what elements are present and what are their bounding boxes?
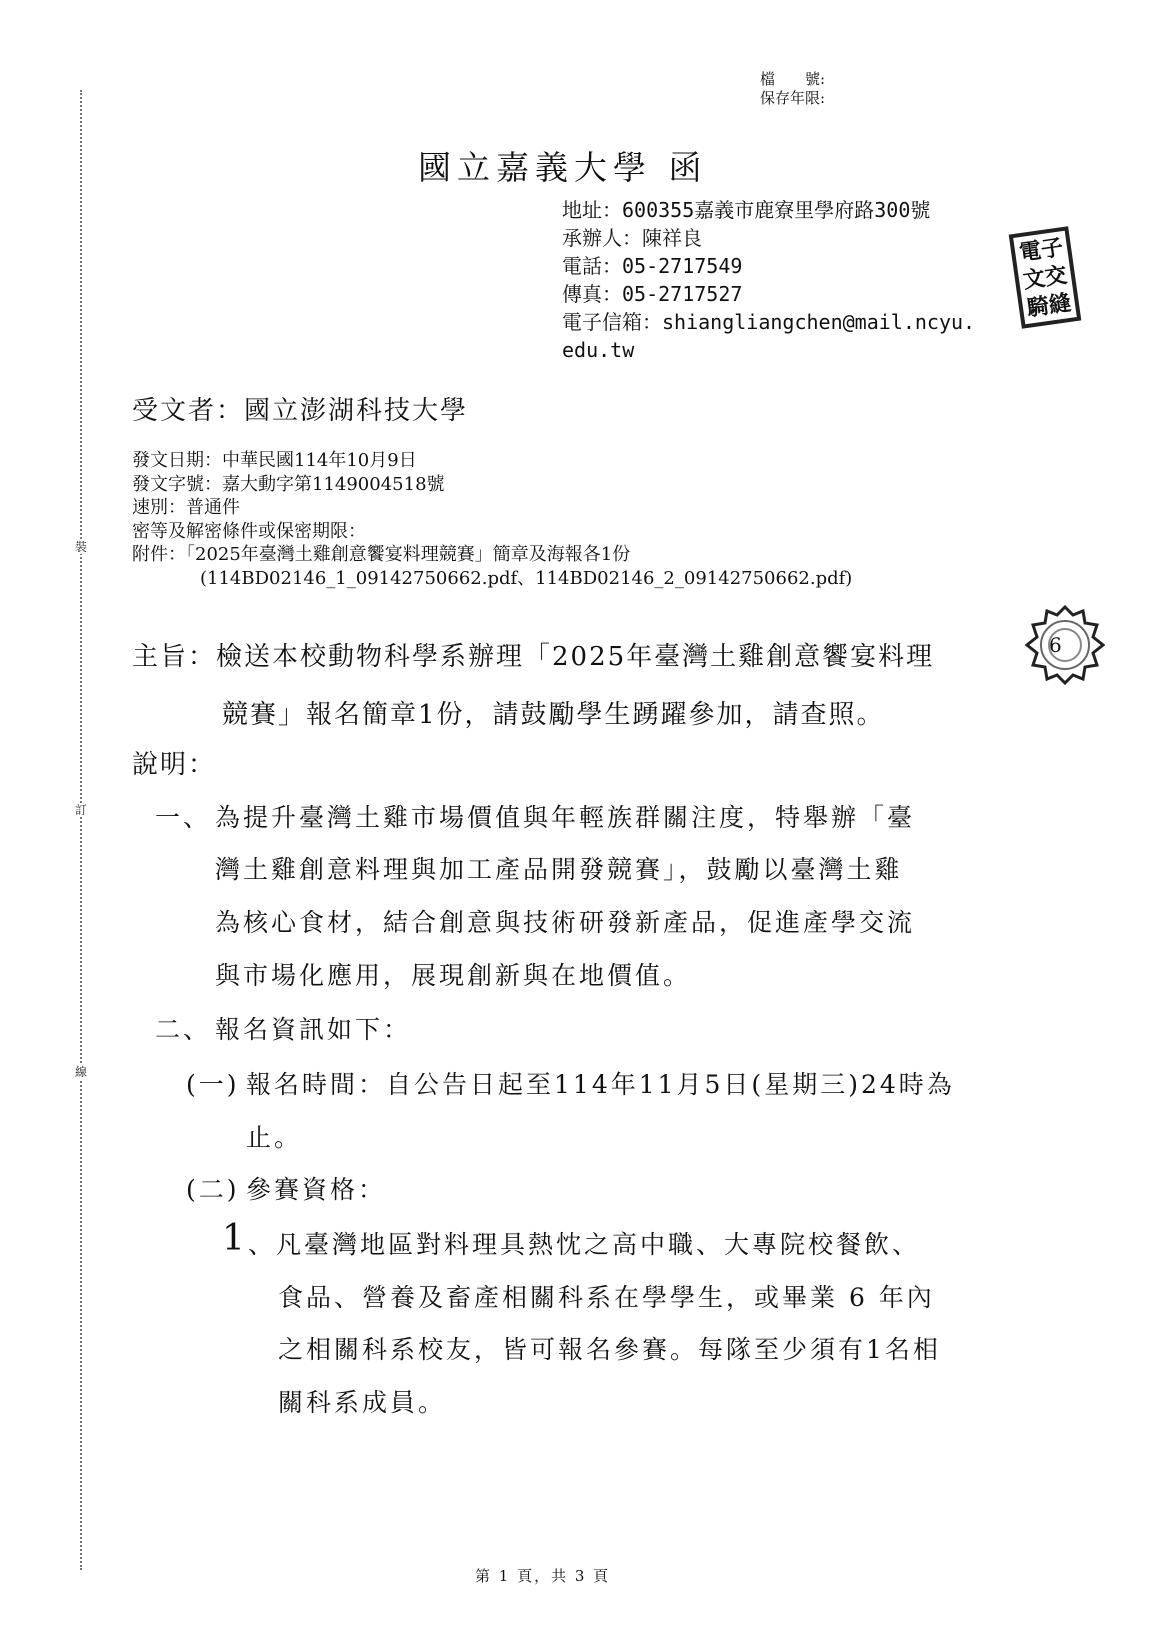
subitem-2-line-1: 參賽資格：: [246, 1170, 386, 1206]
contact-handler: 承辦人：陳祥良: [562, 224, 975, 252]
item-2-marker: 二、: [155, 1010, 211, 1046]
contact-fax: 傳真：05-2717527: [562, 280, 975, 308]
point-1-line-4: 關科系成員。: [278, 1383, 446, 1419]
contact-email: 電子信箱：shiangliangchen@mail.ncyu.: [562, 308, 975, 336]
retention-period-label: 保存年限:: [760, 89, 825, 108]
document-title: 國立嘉義大學 函: [418, 142, 708, 189]
page-number-footer: 第 1 頁，共 3 頁: [475, 1565, 610, 1586]
document-number: 發文字號：嘉大動字第1149004518號: [132, 473, 852, 497]
item-1-line-4: 與市場化應用，展現創新與在地價值。: [215, 956, 691, 992]
item-2-line-1: 報名資訊如下：: [215, 1010, 411, 1046]
subitem-1-line-2: 止。: [246, 1118, 302, 1154]
stamp-char: 子: [1039, 233, 1065, 264]
page-seal-icon: 6: [1025, 605, 1105, 685]
item-1-marker: 一、: [155, 798, 211, 834]
seal-number: 6: [1049, 633, 1062, 657]
speed-classification: 速別：普通件: [132, 496, 852, 520]
contact-phone: 電話：05-2717549: [562, 252, 975, 280]
stamp-char: 交: [1043, 261, 1069, 292]
point-1-line-1: 、凡臺灣地區對料理具熱忱之高中職、大專院校餐飲、: [248, 1225, 920, 1261]
item-1-line-2: 灣土雞創意料理與加工產品開發競賽」，鼓勵以臺灣土雞: [215, 850, 903, 886]
binding-label-xian: 線: [75, 1065, 87, 1079]
subitem-2-marker: (二): [186, 1170, 240, 1206]
item-1-line-1: 為提升臺灣土雞市場價值與年輕族群關注度，特舉辦「臺: [215, 798, 915, 834]
point-1-marker: 1: [222, 1218, 245, 1259]
contact-block: 地址：600355嘉義市鹿寮里學府路300號 承辦人：陳祥良 電話：05-271…: [562, 196, 975, 364]
issue-date: 發文日期：中華民國114年10月9日: [132, 449, 852, 473]
subject-line-1: 主旨：檢送本校動物科學系辦理「2025年臺灣土雞創意饗宴料理: [132, 636, 934, 673]
binding-label-zhuang: 裝: [75, 540, 87, 554]
point-1-line-2: 食品、營養及畜產相關科系在學學生，或畢業 6 年內: [278, 1278, 935, 1314]
binding-label-ding: 訂: [75, 803, 87, 817]
stamp-char: 縫: [1047, 289, 1073, 320]
document-meta: 發文日期：中華民國114年10月9日 發文字號：嘉大動字第1149004518號…: [132, 449, 852, 590]
subitem-1-marker: (一): [186, 1065, 240, 1101]
item-1-line-3: 為核心食材，結合創意與技術研發新產品，促進產學交流: [215, 903, 915, 939]
subject-line-2: 競賽」報名簡章1份，請鼓勵學生踴躍參加，請查照。: [222, 694, 885, 731]
binding-margin-dotted-line: [80, 90, 92, 1570]
secrecy-level: 密等及解密條件或保密期限：: [132, 520, 852, 544]
file-number-label: 檔 號:: [760, 70, 825, 89]
contact-email-continued: edu.tw: [562, 336, 975, 364]
subitem-1-line-1: 報名時間：自公告日起至114年11月5日(星期三)24時為: [246, 1065, 955, 1101]
explanation-heading: 說明：: [132, 744, 216, 781]
electronic-document-seal-stamp: 電 子 文 交 騎 縫: [1009, 226, 1082, 328]
recipient: 受文者：國立澎湖科技大學: [132, 390, 468, 427]
contact-address: 地址：600355嘉義市鹿寮里學府路300號: [562, 196, 975, 224]
attachment: 附件：「2025年臺灣土雞創意饗宴料理競賽」簡章及海報各1份: [132, 543, 852, 567]
file-meta: 檔 號: 保存年限:: [760, 70, 825, 108]
attachment-file-links[interactable]: (114BD02146_1_09142750662.pdf、114BD02146…: [132, 567, 852, 591]
point-1-line-3: 之相關科系校友，皆可報名參賽。每隊至少須有1名相: [278, 1330, 941, 1366]
